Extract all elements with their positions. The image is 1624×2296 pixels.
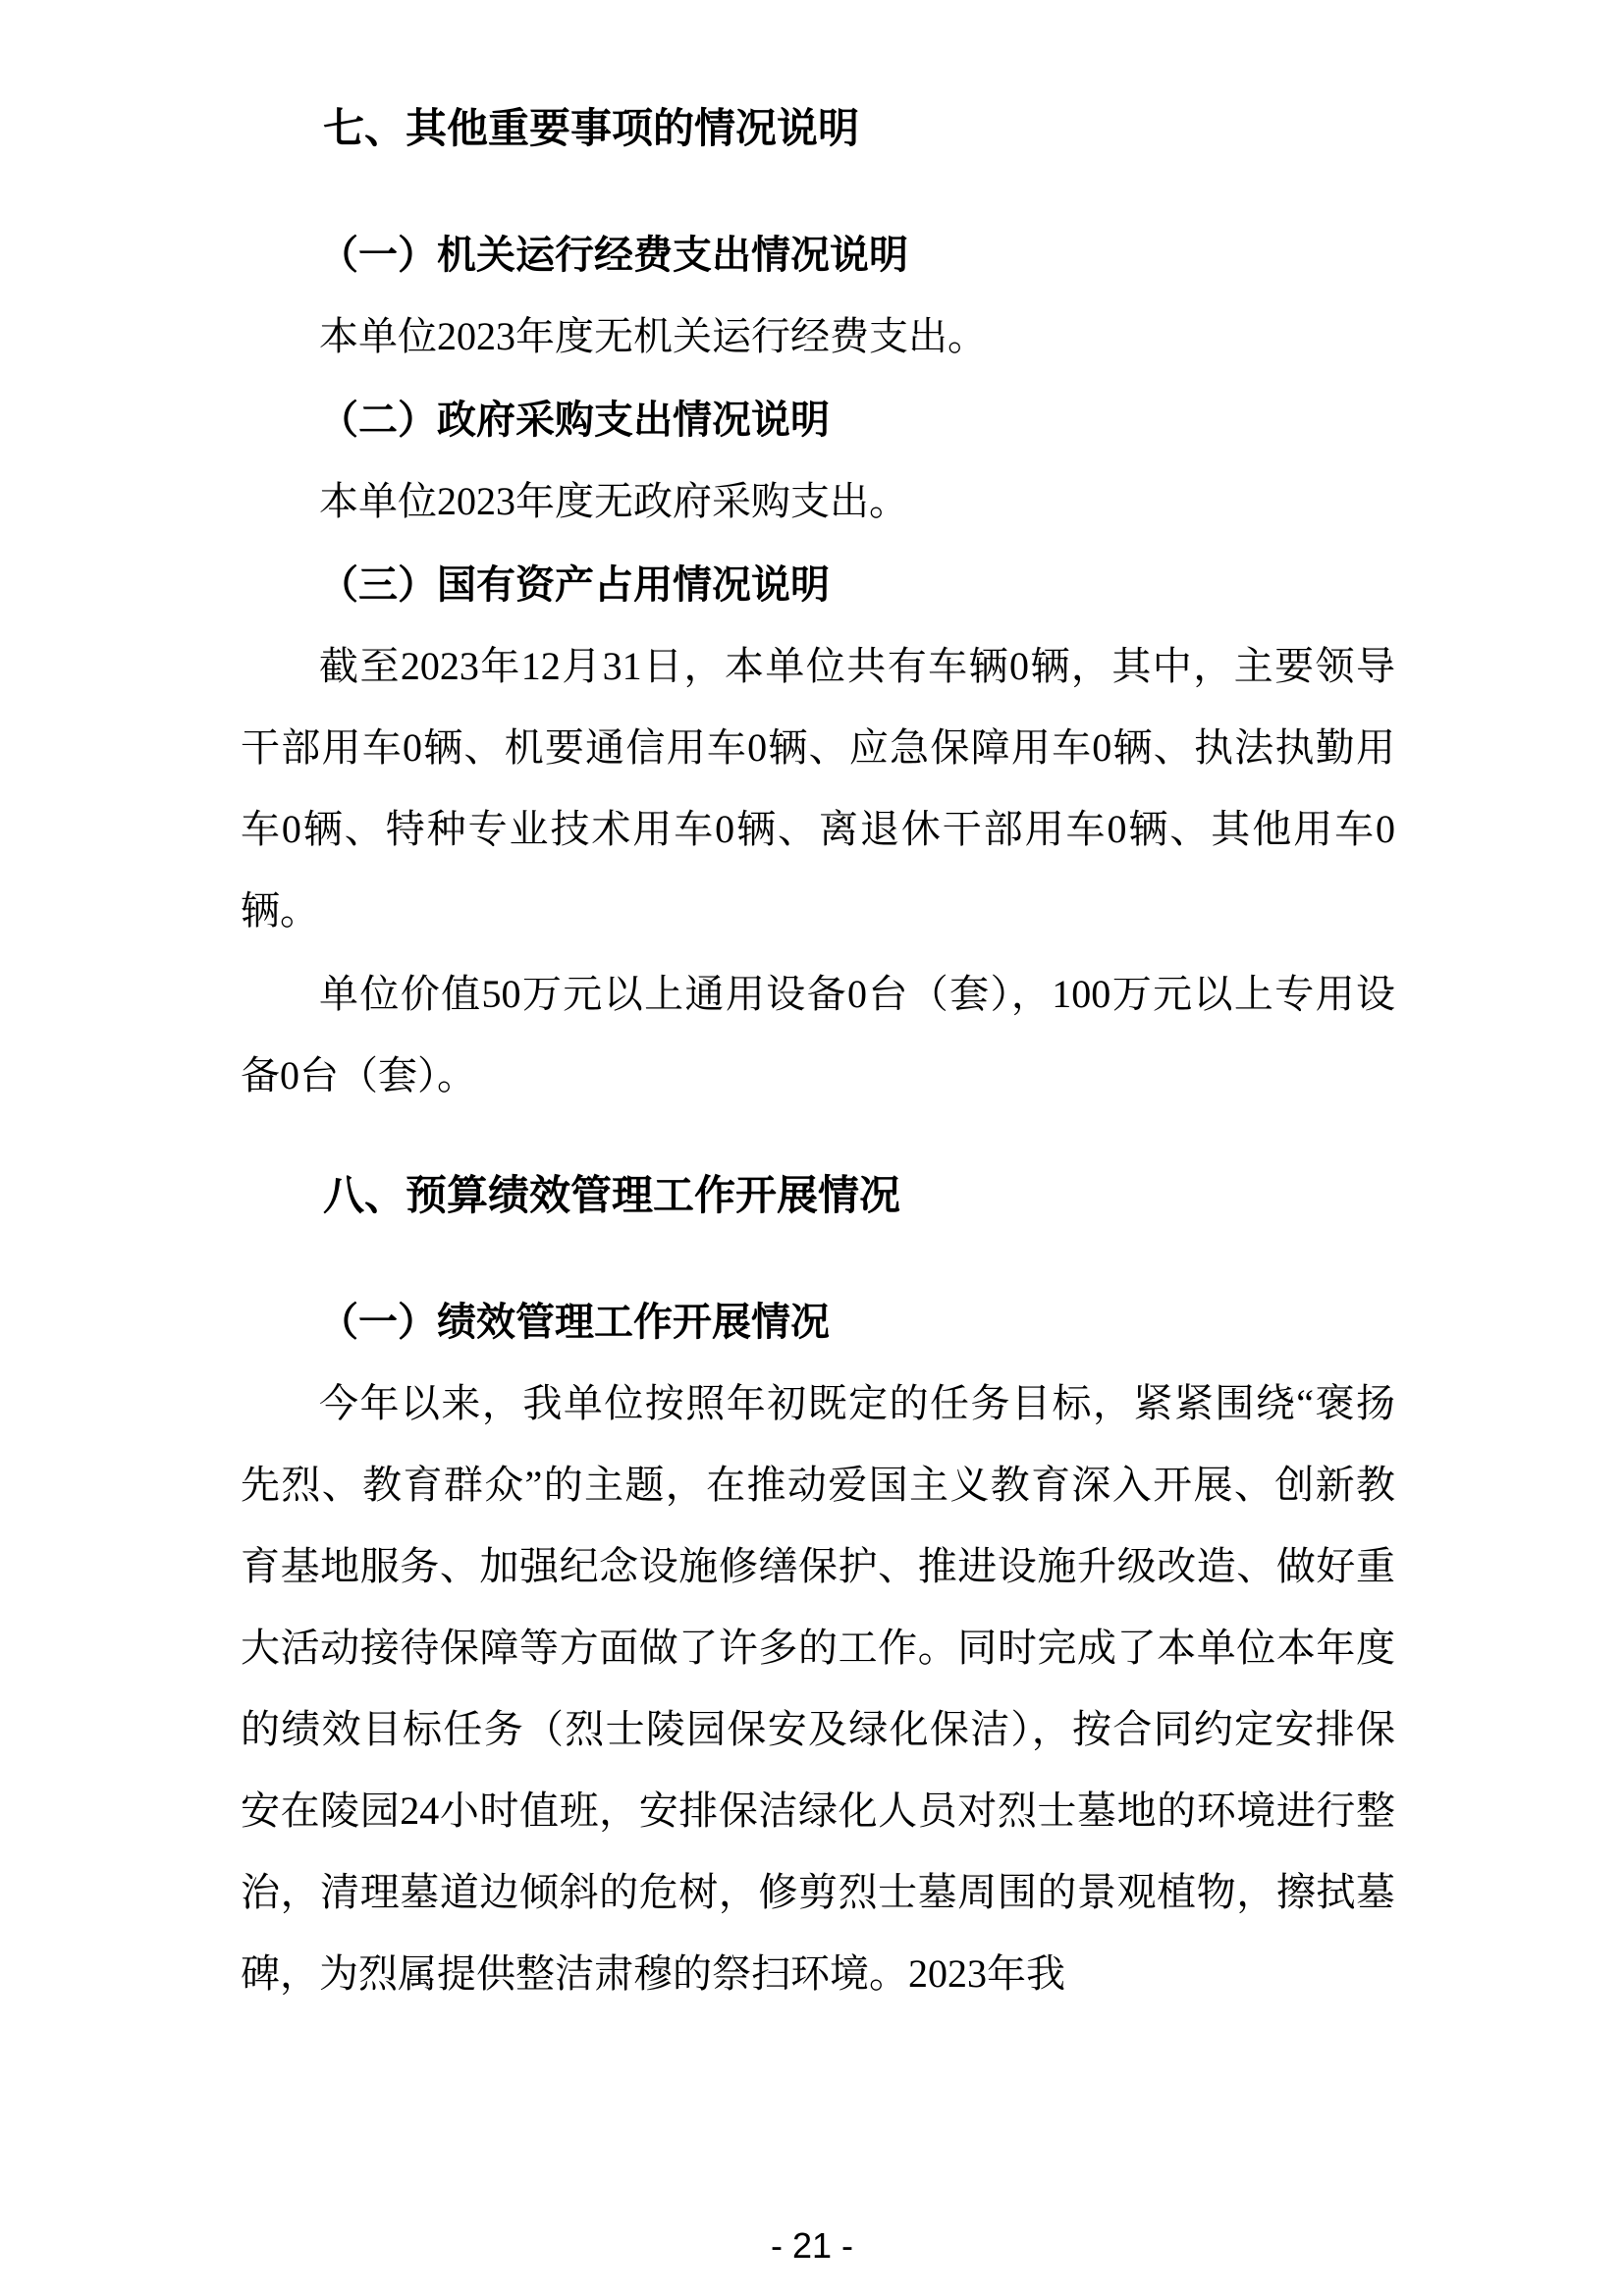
document-body: 七、其他重要事项的情况说明 （一）机关运行经费支出情况说明 本单位2023年度无… (241, 49, 1395, 2016)
paragraph-performance-management: 今年以来，我单位按照年初既定的任务目标，紧紧围绕“褒扬先烈、教育群众”的主题，在… (241, 1362, 1395, 2014)
paragraph-equipment: 单位价值50万元以上通用设备0台（套），100万元以上专用设备0台（套）。 (241, 953, 1395, 1116)
paragraph-vehicles: 截至2023年12月31日，本单位共有车辆0辆，其中，主要领导干部用车0辆、机要… (241, 625, 1395, 951)
subsection-heading-performance-management: （一）绩效管理工作开展情况 (241, 1281, 1395, 1362)
section-heading-budget-performance: 八、预算绩效管理工作开展情况 (241, 1155, 1395, 1236)
subsection-heading-agency-operating-expense: （一）机关运行经费支出情况说明 (241, 214, 1395, 295)
paragraph-agency-operating-expense: 本单位2023年度无机关运行经费支出。 (241, 295, 1395, 377)
subsection-heading-government-procurement: （二）政府采购支出情况说明 (241, 379, 1395, 460)
page-number: - 21 - (0, 2225, 1624, 2267)
document-page: 七、其他重要事项的情况说明 （一）机关运行经费支出情况说明 本单位2023年度无… (0, 0, 1624, 2296)
subsection-heading-state-owned-assets: （三）国有资产占用情况说明 (241, 544, 1395, 625)
paragraph-government-procurement: 本单位2023年度无政府采购支出。 (241, 460, 1395, 542)
section-heading-other-important-matters: 七、其他重要事项的情况说明 (241, 88, 1395, 169)
